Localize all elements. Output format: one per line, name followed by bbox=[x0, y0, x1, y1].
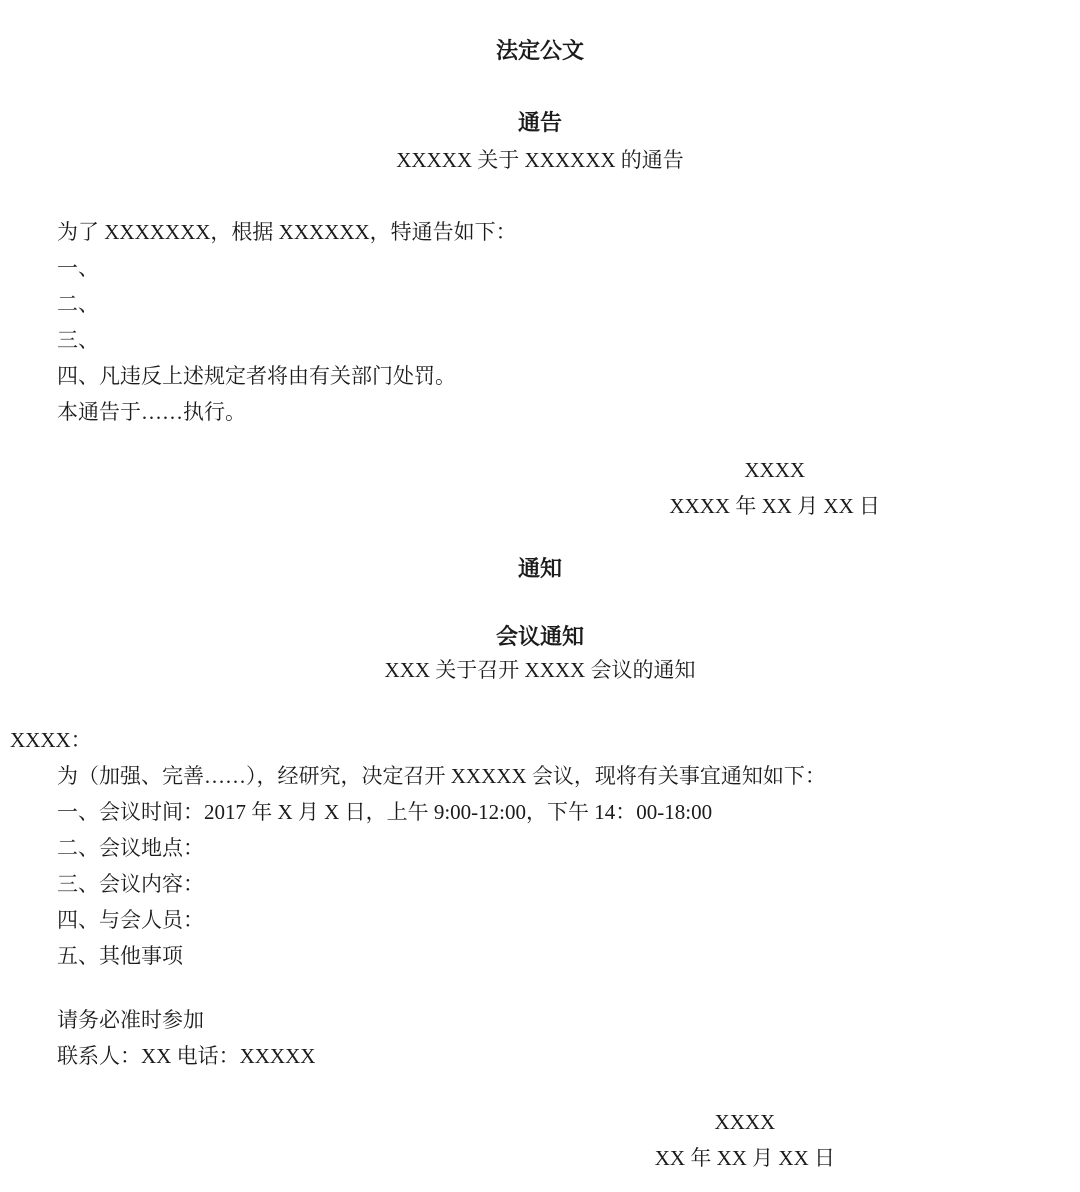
notice-body-line: 本通告于……执行。 bbox=[0, 394, 1080, 430]
notice-body-line: 三、 bbox=[0, 322, 1080, 358]
notice-body: 为了 XXXXXXX，根据 XXXXXX，特通告如下： 一、 二、 三、 四、凡… bbox=[0, 214, 1080, 430]
notice-body-line: 四、凡违反上述规定者将由有关部门处罚。 bbox=[0, 358, 1080, 394]
notification-section: 通知 会议通知 XXX 关于召开 XXXX 会议的通知 XXXX： 为（加强、完… bbox=[0, 554, 1080, 1176]
notice-body-line: 一、 bbox=[0, 250, 1080, 286]
notice-body-line: 为了 XXXXXXX，根据 XXXXXX，特通告如下： bbox=[0, 214, 1080, 250]
notice-section: 通告 XXXXX 关于 XXXXXX 的通告 为了 XXXXXXX，根据 XXX… bbox=[0, 108, 1080, 524]
notification-item: 二、会议地点： bbox=[0, 830, 1080, 866]
notification-footer: 请务必准时参加 联系人：XX 电话：XXXXX bbox=[0, 1002, 1080, 1074]
notice-signature-name: XXXX bbox=[669, 452, 880, 488]
page-title: 法定公文 bbox=[0, 36, 1080, 66]
notification-heading: 通知 bbox=[0, 554, 1080, 584]
notification-item: 一、会议时间：2017 年 X 月 X 日，上午 9:00-12:00，下午 1… bbox=[0, 794, 1080, 830]
meeting-notice-heading: 会议通知 bbox=[0, 622, 1080, 652]
notice-subtitle: XXXXX 关于 XXXXXX 的通告 bbox=[0, 142, 1080, 178]
notification-item: 五、其他事项 bbox=[0, 938, 1080, 974]
notification-items: 一、会议时间：2017 年 X 月 X 日，上午 9:00-12:00，下午 1… bbox=[0, 794, 1080, 974]
notice-signature-date: XXXX 年 XX 月 XX 日 bbox=[669, 488, 880, 524]
notification-signature-date: XX 年 XX 月 XX 日 bbox=[655, 1140, 835, 1176]
notice-body-line: 二、 bbox=[0, 286, 1080, 322]
notification-item: 三、会议内容： bbox=[0, 866, 1080, 902]
notification-subtitle: XXX 关于召开 XXXX 会议的通知 bbox=[0, 652, 1080, 688]
notification-footer-line: 请务必准时参加 bbox=[0, 1002, 1080, 1038]
notification-salutation: XXXX： bbox=[0, 722, 1080, 758]
notice-signature-block: XXXX XXXX 年 XX 月 XX 日 bbox=[669, 452, 880, 524]
notification-footer-line: 联系人：XX 电话：XXXXX bbox=[0, 1038, 1080, 1074]
notification-signature-block: XXXX XX 年 XX 月 XX 日 bbox=[655, 1104, 835, 1176]
notification-signature-area: XXXX XX 年 XX 月 XX 日 bbox=[0, 1104, 1080, 1176]
notification-intro: 为（加强、完善……），经研究，决定召开 XXXXX 会议，现将有关事宜通知如下： bbox=[0, 758, 1080, 794]
notice-heading: 通告 bbox=[0, 108, 1080, 138]
notification-item: 四、与会人员： bbox=[0, 902, 1080, 938]
notice-signature-area: XXXX XXXX 年 XX 月 XX 日 bbox=[0, 452, 1080, 524]
document-page: 法定公文 通告 XXXXX 关于 XXXXXX 的通告 为了 XXXXXXX，根… bbox=[0, 0, 1080, 1192]
notification-signature-name: XXXX bbox=[655, 1104, 835, 1140]
